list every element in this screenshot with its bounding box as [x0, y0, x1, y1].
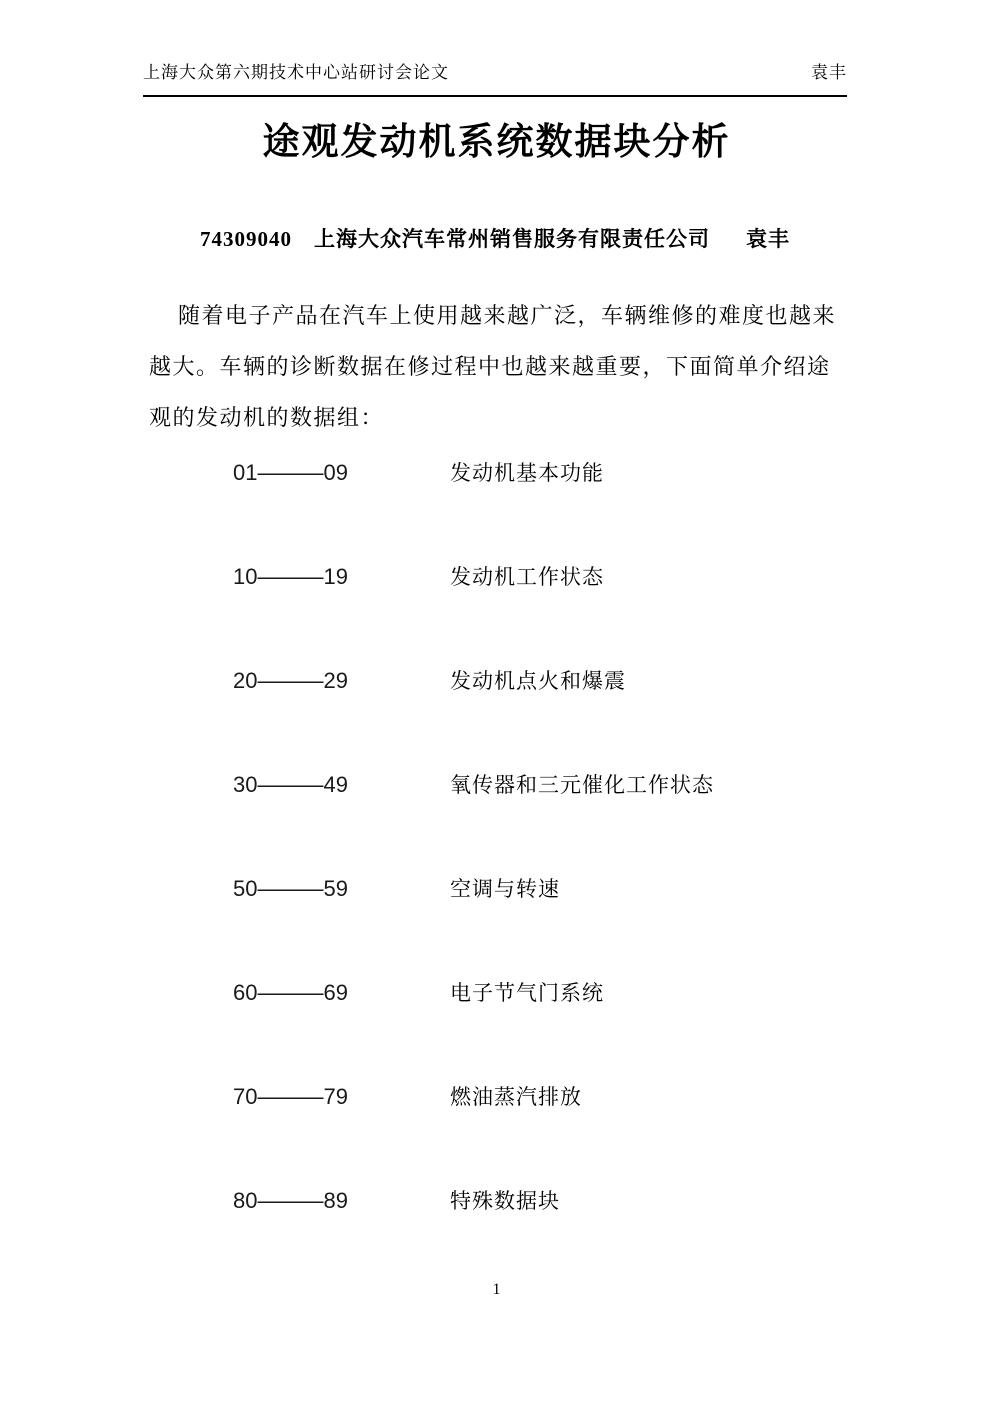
document-page: 上海大众第六期技术中心站研讨会论文 袁丰 途观发动机系统数据块分析 743090… — [0, 0, 993, 1404]
byline: 74309040上海大众汽车常州销售服务有限责任公司袁丰 — [143, 226, 847, 252]
data-block-row: 80———89 特殊数据块 — [233, 1188, 714, 1292]
paragraph-line: 随着电子产品在汽车上使用越来越广泛，车辆维修的难度也越来 — [149, 290, 855, 341]
document-title: 途观发动机系统数据块分析 — [0, 120, 993, 164]
data-block-label: 燃油蒸汽排放 — [450, 1084, 582, 1110]
data-block-label: 空调与转速 — [450, 876, 560, 902]
data-block-row: 60———69 电子节气门系统 — [233, 980, 714, 1084]
header-author: 袁丰 — [811, 62, 847, 84]
byline-author: 袁丰 — [746, 227, 790, 251]
header-left-text: 上海大众第六期技术中心站研讨会论文 — [143, 62, 449, 84]
byline-id: 74309040 — [200, 227, 292, 251]
data-block-row: 30———49 氧传器和三元催化工作状态 — [233, 772, 714, 876]
data-block-row: 10———19 发动机工作状态 — [233, 564, 714, 668]
data-block-range: 20———29 — [233, 668, 450, 694]
data-block-range: 80———89 — [233, 1188, 450, 1214]
paragraph-line: 观的发动机的数据组： — [149, 392, 855, 443]
data-block-list: 01———09 发动机基本功能 10———19 发动机工作状态 20———29 … — [233, 460, 714, 1292]
paragraph-line: 越大。车辆的诊断数据在修过程中也越来越重要，下面简单介绍途 — [149, 341, 855, 392]
intro-paragraph: 随着电子产品在汽车上使用越来越广泛，车辆维修的难度也越来越大。车辆的诊断数据在修… — [149, 290, 855, 443]
data-block-label: 发动机工作状态 — [450, 564, 604, 590]
byline-company: 上海大众汽车常州销售服务有限责任公司 — [314, 227, 710, 251]
data-block-row: 01———09 发动机基本功能 — [233, 460, 714, 564]
data-block-range: 30———49 — [233, 772, 450, 798]
data-block-label: 氧传器和三元催化工作状态 — [450, 772, 714, 798]
data-block-range: 70———79 — [233, 1084, 450, 1110]
data-block-label: 电子节气门系统 — [450, 980, 604, 1006]
data-block-label: 发动机点火和爆震 — [450, 668, 626, 694]
data-block-row: 50———59 空调与转速 — [233, 876, 714, 980]
data-block-label: 特殊数据块 — [450, 1188, 560, 1214]
data-block-row: 70———79 燃油蒸汽排放 — [233, 1084, 714, 1188]
data-block-range: 10———19 — [233, 564, 450, 590]
data-block-range: 50———59 — [233, 876, 450, 902]
data-block-label: 发动机基本功能 — [450, 460, 604, 486]
data-block-row: 20———29 发动机点火和爆震 — [233, 668, 714, 772]
page-header: 上海大众第六期技术中心站研讨会论文 袁丰 — [143, 62, 847, 97]
data-block-range: 60———69 — [233, 980, 450, 1006]
data-block-range: 01———09 — [233, 460, 450, 486]
page-number: 1 — [0, 1280, 993, 1300]
